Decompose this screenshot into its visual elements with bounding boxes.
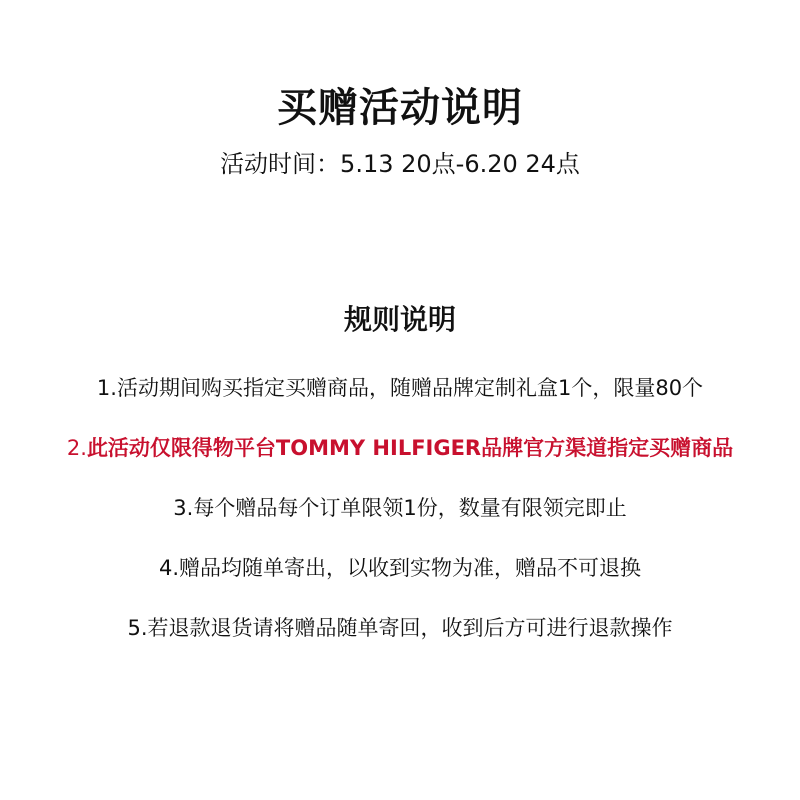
rule-text: 若退款退货请将赠品随单寄回，收到后方可进行退款操作 <box>148 616 673 640</box>
rule-text: 每个赠品每个订单限领1份，数量有限领完即止 <box>193 496 626 520</box>
rule-item-2-highlight: 2.此活动仅限得物平台TOMMY HILFIGER品牌官方渠道指定买赠商品 <box>0 432 800 464</box>
rule-item-3: 3.每个赠品每个订单限领1份，数量有限领完即止 <box>0 492 800 524</box>
rule-number: 2. <box>67 436 87 460</box>
rule-number: 4. <box>159 556 179 580</box>
rule-number: 5. <box>127 616 147 640</box>
activity-time: 活动时间：5.13 20点-6.20 24点 <box>0 146 800 182</box>
page-title: 买赠活动说明 <box>0 82 800 134</box>
rule-text: 赠品均随单寄出，以收到实物为准，赠品不可退换 <box>179 556 641 580</box>
rule-text: 活动期间购买指定买赠商品，随赠品牌定制礼盒1个，限量80个 <box>117 376 703 400</box>
rule-item-1: 1.活动期间购买指定买赠商品，随赠品牌定制礼盒1个，限量80个 <box>0 372 800 404</box>
rule-item-5: 5.若退款退货请将赠品随单寄回，收到后方可进行退款操作 <box>0 612 800 644</box>
rules-heading: 规则说明 <box>0 300 800 340</box>
rule-number: 1. <box>97 376 117 400</box>
rule-number: 3. <box>173 496 193 520</box>
rule-text: 此活动仅限得物平台TOMMY HILFIGER品牌官方渠道指定买赠商品 <box>87 436 733 460</box>
rule-item-4: 4.赠品均随单寄出，以收到实物为准，赠品不可退换 <box>0 552 800 584</box>
